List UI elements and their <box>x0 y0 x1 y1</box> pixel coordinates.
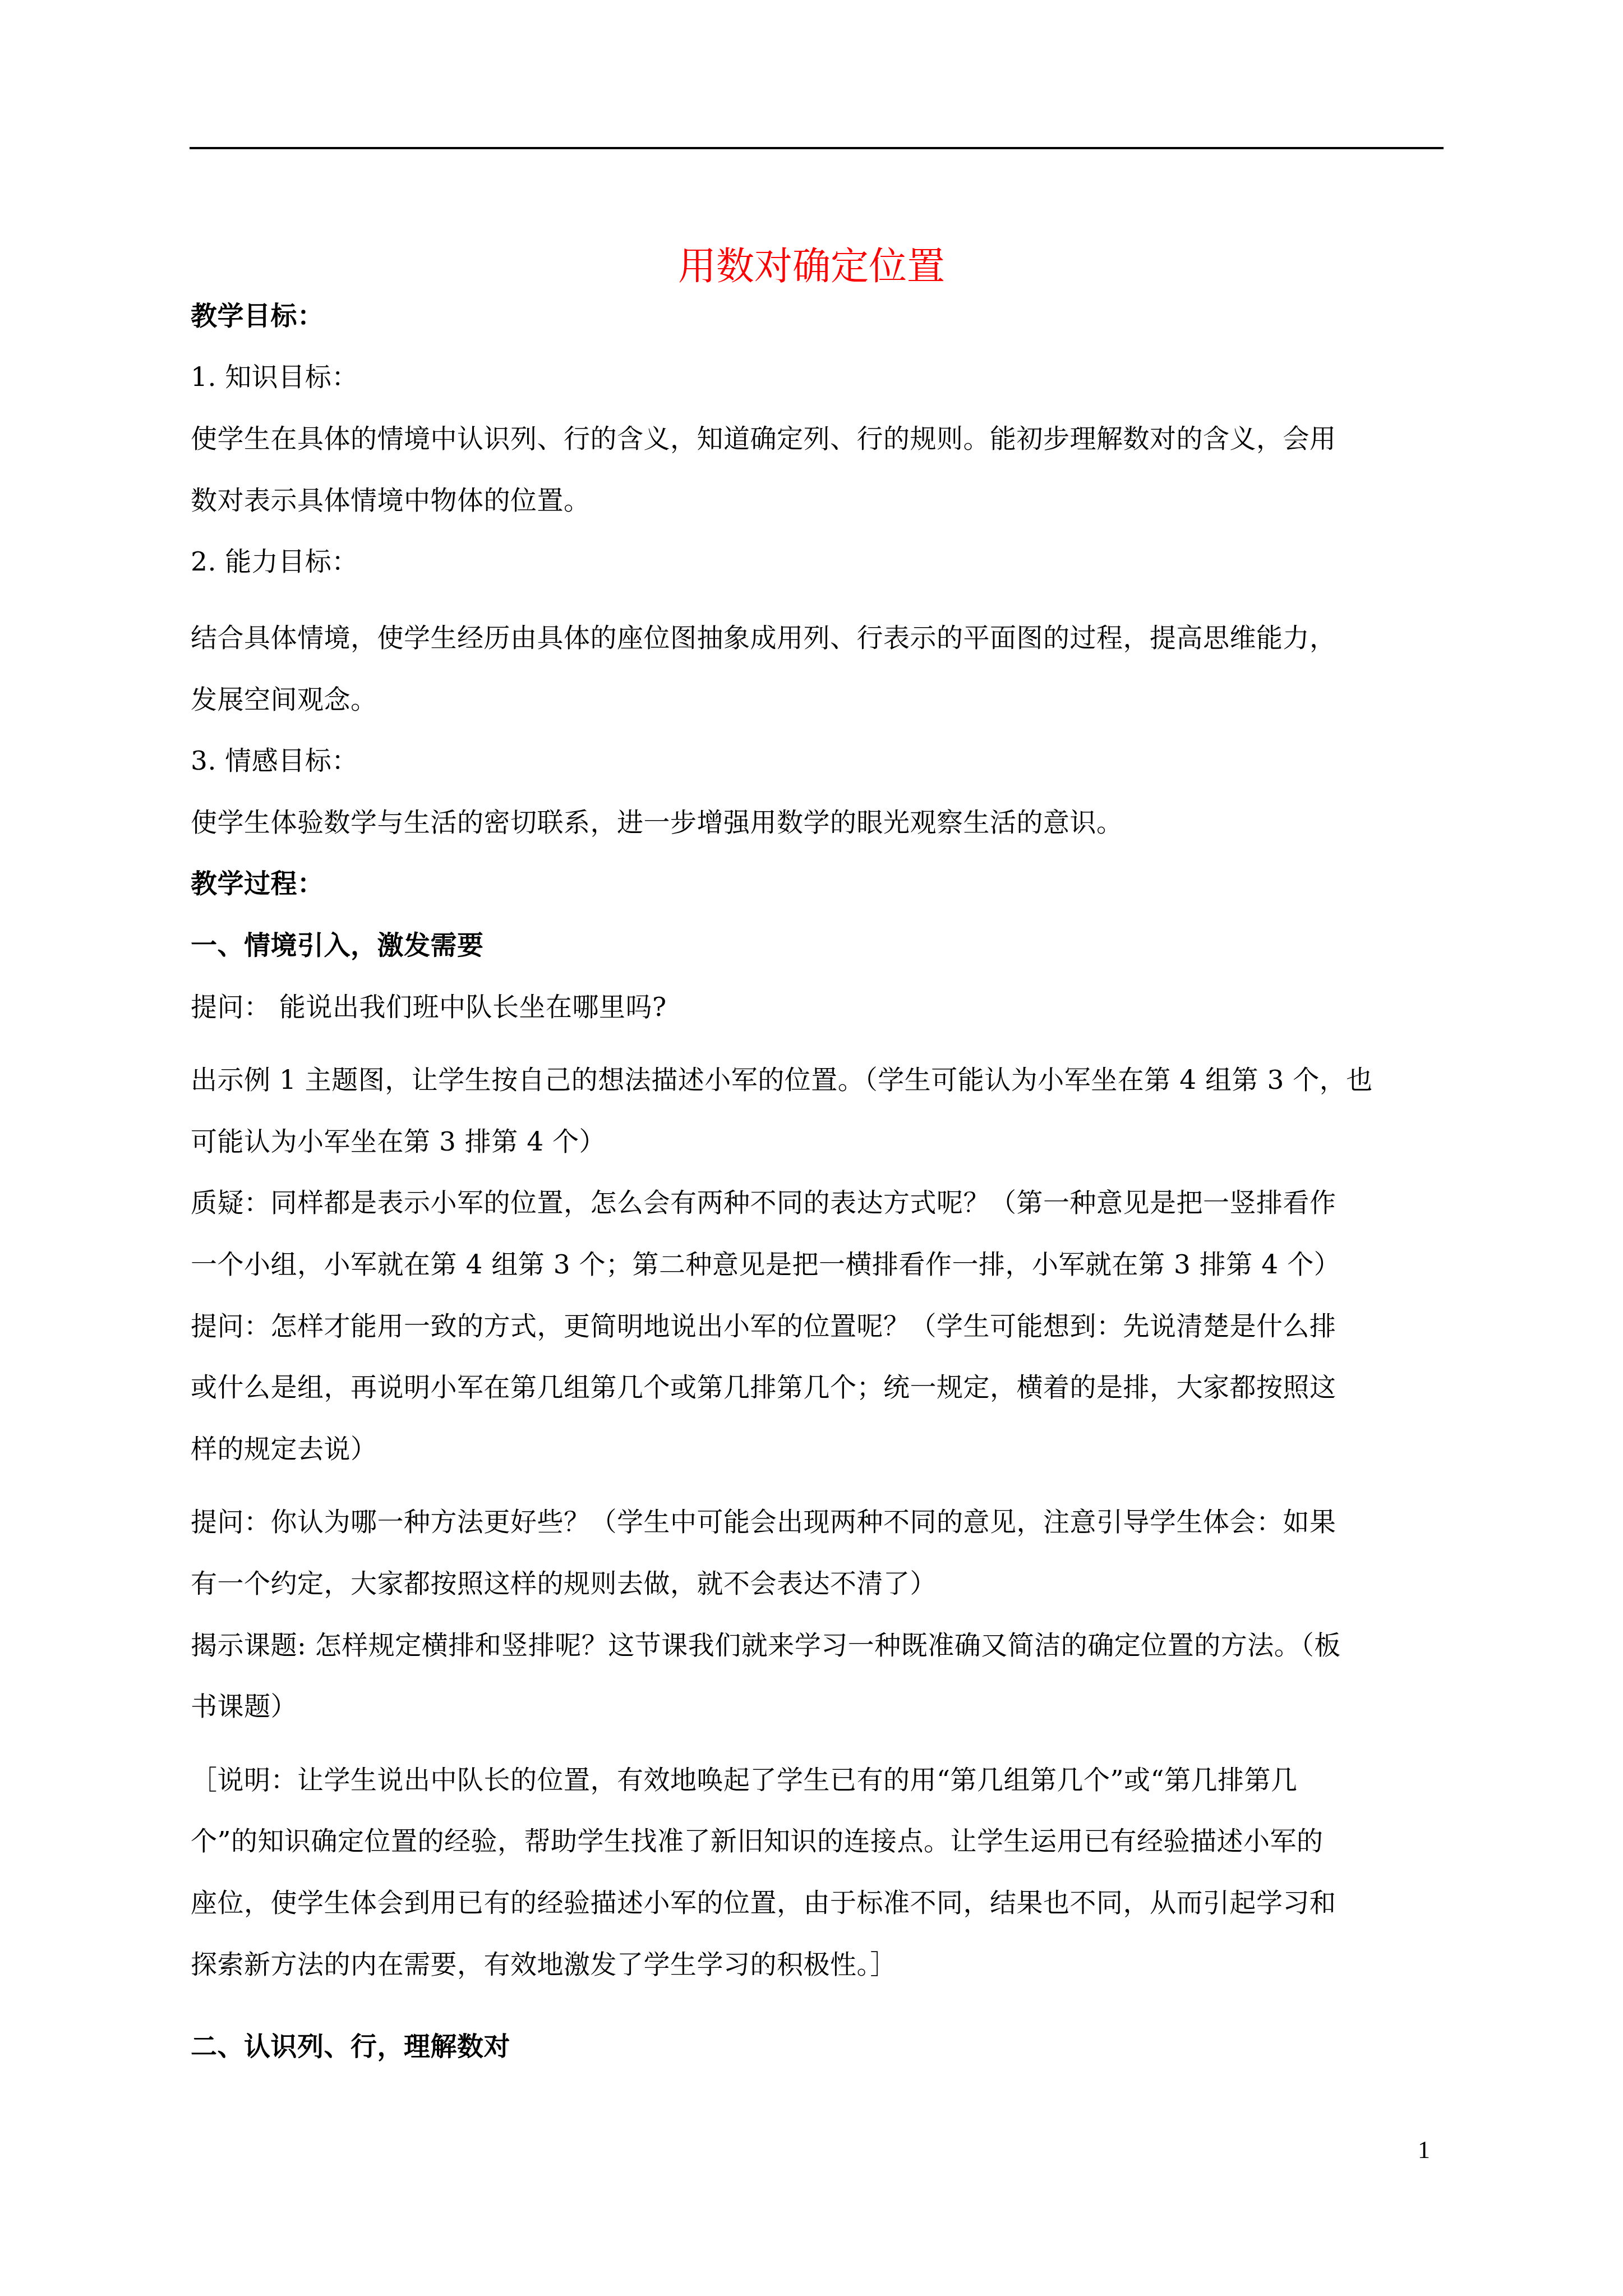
paragraph-line: 或什么是组，再说明小军在第几组第几个或第几排第几个；统一规定，横着的是排，大家都… <box>191 1371 1447 1405</box>
section-heading-1: 一、情境引入，激发需要 <box>191 929 1447 963</box>
paragraph-line: 使学生体验数学与生活的密切联系，进一步增强用数学的眼光观察生活的意识。 <box>191 806 1447 840</box>
paragraph-line: 揭示课题: 怎样规定横排和竖排呢？这节课我们就来学习一种既准确又简洁的确定位置的… <box>191 1629 1447 1663</box>
note-line: ［说明：让学生说出中队长的位置，有效地唤起了学生已有的用“第几组第几个”或“第几… <box>191 1764 1447 1797</box>
note-line: 个”的知识确定位置的经验，帮助学生找准了新旧知识的连接点。让学生运用已有经验描述… <box>191 1825 1447 1858</box>
paragraph-line: 出示例 1 主题图，让学生按自己的想法描述小军的位置。（学生可能认为小军坐在第 … <box>191 1064 1447 1097</box>
document-title: 用数对确定位置 <box>0 239 1623 295</box>
paragraph-line: 提问：怎样才能用一致的方式，更简明地说出小军的位置呢？（学生可能想到：先说清楚是… <box>191 1310 1447 1343</box>
header-rule <box>190 147 1444 149</box>
section-heading-2: 二、认识列、行，理解数对 <box>191 2030 1447 2064</box>
subheading-knowledge-goal: 1. 知识目标： <box>191 361 1447 394</box>
paragraph-line: 提问：你认为哪一种方法更好些？（学生中可能会出现两种不同的意见，注意引导学生体会… <box>191 1506 1447 1539</box>
paragraph-line: 有一个约定，大家都按照这样的规则去做，就不会表达不清了） <box>191 1567 1447 1601</box>
paragraph-line: 可能认为小军坐在第 3 排第 4 个） <box>191 1125 1447 1159</box>
paragraph-line: 使学生在具体的情境中认识列、行的含义，知道确定列、行的规则。能初步理解数对的含义… <box>191 422 1447 456</box>
note-line: 座位，使学生体会到用已有的经验描述小军的位置，由于标准不同，结果也不同，从而引起… <box>191 1887 1447 1920</box>
subheading-ability-goal: 2. 能力目标： <box>191 545 1447 579</box>
paragraph-line: 样的规定去说） <box>191 1433 1447 1466</box>
paragraph-line: 一个小组，小军就在第 4 组第 3 个；第二种意见是把一横排看作一排，小军就在第… <box>191 1248 1447 1282</box>
heading-teaching-process: 教学过程： <box>191 867 1447 901</box>
paragraph-line: 书课题） <box>191 1690 1447 1724</box>
note-line: 探索新方法的内在需要，有效地激发了学生学习的积极性。］ <box>191 1948 1447 1982</box>
paragraph-line: 质疑：同样都是表示小军的位置，怎么会有两种不同的表达方式呢？（第一种意见是把一竖… <box>191 1186 1447 1220</box>
paragraph-line: 提问： 能说出我们班中队长坐在哪里吗? <box>191 991 1447 1024</box>
subheading-emotion-goal: 3. 情感目标： <box>191 744 1447 778</box>
paragraph-line: 数对表示具体情境中物体的位置。 <box>191 484 1447 518</box>
heading-teaching-goals: 教学目标： <box>191 300 1447 333</box>
paragraph-line: 发展空间观念。 <box>191 683 1447 717</box>
paragraph-line: 结合具体情境，使学生经历由具体的座位图抽象成用列、行表示的平面图的过程，提高思维… <box>191 622 1447 655</box>
page-number: 1 <box>1418 2136 1430 2164</box>
